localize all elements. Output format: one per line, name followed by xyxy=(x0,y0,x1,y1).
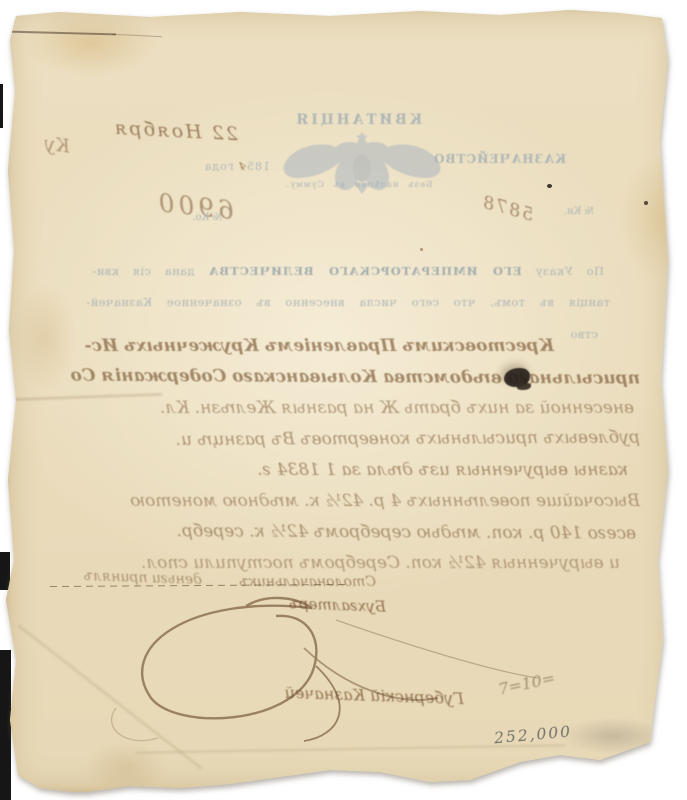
under-eagle-small-print: Безъ налѣпки въ Сумму. xyxy=(256,180,462,190)
decree-line-1-post: дана сія кви- xyxy=(92,264,195,278)
ink-speck xyxy=(420,248,423,251)
sheet-number-label: № Ко. xyxy=(192,212,222,223)
paper-sheet-wrapper: Ку 22 Ноября 1854 года 6900 № Ко. № Кн. … xyxy=(6,8,674,792)
imperial-majesty-caps: ЕГО ИМПЕРАТОРСКАГО ВЕЛИЧЕСТВА xyxy=(208,264,522,278)
ink-speck xyxy=(547,184,552,188)
handwriting-line: Крестовскимъ Правленіемъ Кружечныхъ Ис- xyxy=(46,331,640,362)
decree-line-2: танція въ томъ, что сего числа внесенно … xyxy=(86,295,610,309)
printed-year-line: 1854 года xyxy=(204,160,270,173)
book-number-label: № Кн. xyxy=(564,206,594,217)
handwriting-line: внесенной за нихъ брать Ж на разныя Желѣ… xyxy=(46,393,640,424)
handwriting-line: всего 140 р. коп. мѣдью серебромъ 42½ к.… xyxy=(46,515,640,549)
handwritten-date: 22 Ноября xyxy=(112,117,238,146)
scanned-receipt-page: { "printed": { "title": "КВИТАНЦІЯ", "tr… xyxy=(0,0,687,800)
handwritten-book-number: 5878 xyxy=(478,191,535,225)
margin-mark-handwriting: Ку xyxy=(43,132,72,157)
receipt-title: КВИТАНЦІЯ xyxy=(306,112,422,128)
treasury-label: КАЗНАЧЕЙСТВО xyxy=(433,152,566,166)
scanner-edge-strip xyxy=(0,84,3,128)
ink-speck xyxy=(644,201,648,205)
handwriting-line: казны вырученныя изъ дѣла за 1 1834 г. xyxy=(46,455,640,486)
year-suffix: года xyxy=(204,160,234,173)
handwritten-body: Крестовскимъ Правленіемъ Кружечныхъ Ис- … xyxy=(46,331,640,579)
paper-sheet: Ку 22 Ноября 1854 года 6900 № Ко. № Кн. … xyxy=(6,8,674,792)
handwriting-line: рублевыхъ присыльныхъ конвертовъ Въ разн… xyxy=(46,422,640,456)
decree-line-1: По Указу ЕГО ИМПЕРАТОРСКАГО ВЕЛИЧЕСТВА д… xyxy=(92,264,604,278)
decree-line-1-pre: По Указу xyxy=(535,264,604,278)
year-prefix: 185 xyxy=(246,160,270,173)
handwriting-line: присыльнаго вѣдомства Колыванскаго Содер… xyxy=(46,360,640,394)
handwriting-line: Высочайше повелѣнныхъ 4 р. 42½ к. мѣдною… xyxy=(46,486,640,517)
